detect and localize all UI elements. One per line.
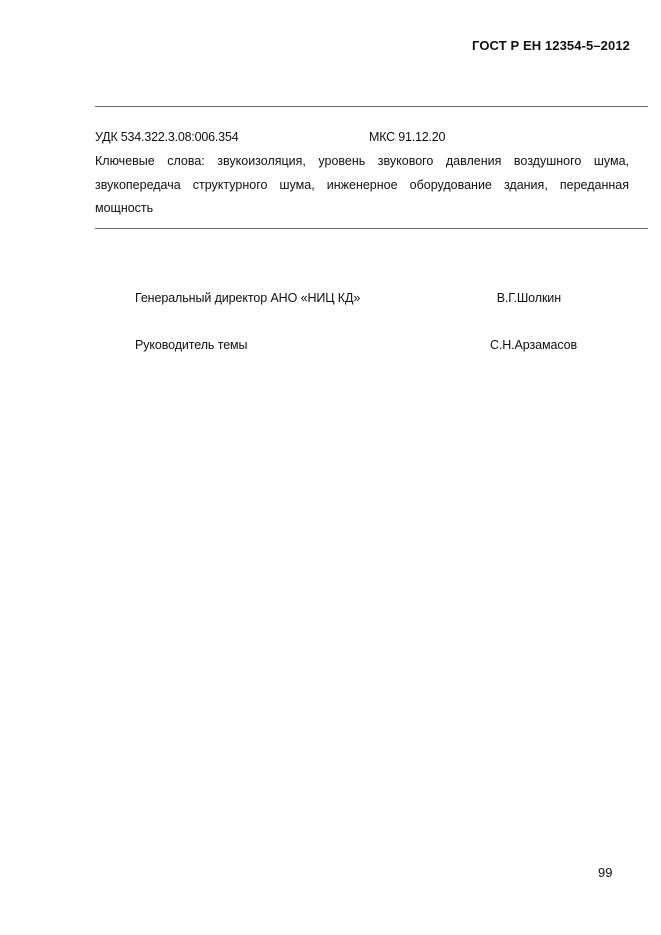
keywords-paragraph: Ключевые слова: звукоизоляция, уровень з… — [95, 150, 629, 221]
signature-role: Руководитель темы — [135, 338, 247, 352]
bottom-divider — [95, 228, 648, 229]
signature-name: С.Н.Арзамасов — [490, 338, 577, 352]
page-number: 99 — [598, 865, 612, 880]
udk-code: УДК 534.322.3.08:006.354 — [95, 130, 238, 144]
document-code-header: ГОСТ Р ЕН 12354-5–2012 — [472, 38, 630, 53]
signature-role: Генеральный директор АНО «НИЦ КД» — [135, 291, 360, 305]
top-divider — [95, 106, 648, 107]
mks-code: МКС 91.12.20 — [369, 130, 445, 144]
signature-name: В.Г.Шолкин — [497, 291, 561, 305]
